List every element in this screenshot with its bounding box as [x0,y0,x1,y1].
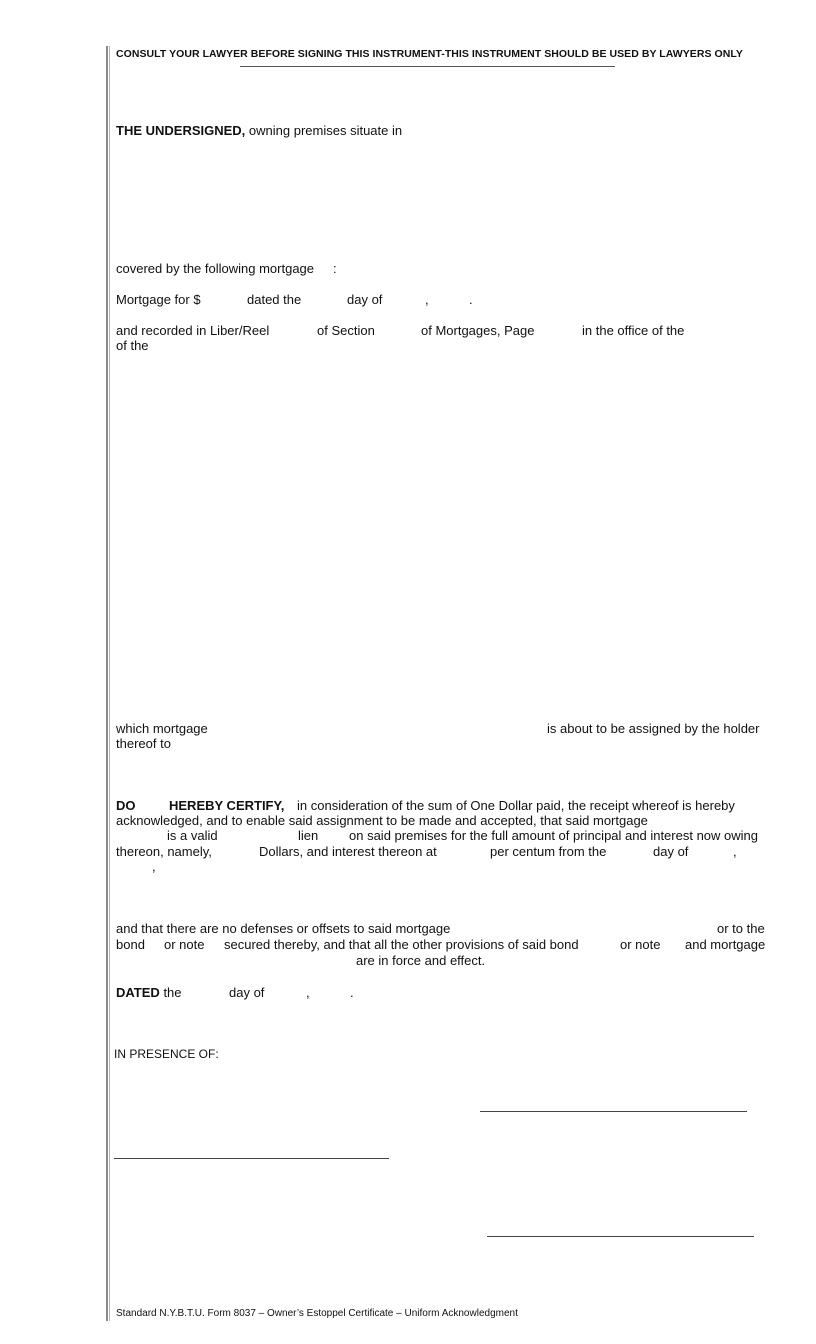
certify-hereby: HEREBY CERTIFY, [169,798,284,813]
defenses-line1: and that there are no defenses or offset… [116,921,450,936]
dated-bold: DATED [116,985,160,1000]
recorded-liber-label: and recorded in Liber/Reel [116,323,269,338]
is-valid-label: is a valid [167,828,218,843]
bond-label-1: bond [116,937,145,952]
covered-colon: : [333,261,337,276]
lien-label: lien [298,828,318,843]
certify-line1: in consideration of the sum of One Dolla… [297,798,735,813]
dated-the-label: dated the [247,292,301,307]
which-mortgage-label: which mortgage [116,721,208,736]
in-force-effect: are in force and effect. [356,953,485,968]
left-margin-rule-inner [109,46,110,1321]
in-presence-of-label: IN PRESENCE OF: [114,1047,219,1062]
left-margin-rule [106,46,108,1321]
date-period: . [469,292,473,307]
certify-line2: acknowledged, and to enable said assignm… [116,813,648,828]
or-to-the: or to the [717,921,765,936]
day-of-label: day of [347,292,382,307]
certify-comma1: , [733,844,737,859]
thereon-namely: thereon, namely, [116,844,212,859]
intro-paragraph: THE UNDERSIGNED, owning premises situate… [116,123,402,138]
thereof-to-label: thereof to [116,736,171,751]
dated-the: the [163,985,181,1000]
intro-text: owning premises situate in [249,123,402,138]
of-section-label: of Section [317,323,375,338]
dollars-interest: Dollars, and interest thereon at [259,844,437,859]
dated-line: DATED the [116,985,182,1000]
witness-signature-line [114,1158,389,1159]
dated-day-of: day of [229,985,264,1000]
certify-do: DO [116,798,136,813]
on-said-premises: on said premises for the full amount of … [349,828,758,843]
about-assigned-label: is about to be assigned by the holder [547,721,759,736]
of-mortgages-page-label: of Mortgages, Page [421,323,534,338]
signature-line-2 [487,1236,754,1237]
form-footer: Standard N.Y.B.T.U. Form 8037 – Owner’s … [116,1308,518,1319]
and-mortgage: and mortgage [685,937,765,952]
date-comma: , [425,292,429,307]
intro-bold: THE UNDERSIGNED, [116,123,245,138]
or-note-1: or note [164,937,204,952]
certify-comma2: , [152,859,156,874]
certify-day-of: day of [653,844,688,859]
mortgage-for-label: Mortgage for $ [116,292,201,307]
dated-comma: , [306,985,310,1000]
or-note-2: or note [620,937,660,952]
lawyer-warning: CONSULT YOUR LAWYER BEFORE SIGNING THIS … [116,48,743,60]
office-label: in the office of the [582,323,684,338]
signature-line-1 [480,1111,747,1112]
of-the-label: of the [116,338,149,353]
header-rule [240,66,615,67]
secured-thereby: secured thereby, and that all the other … [224,937,579,952]
per-centum: per centum from the [490,844,606,859]
dated-period: . [350,985,354,1000]
covered-label: covered by the following mortgage [116,261,314,276]
